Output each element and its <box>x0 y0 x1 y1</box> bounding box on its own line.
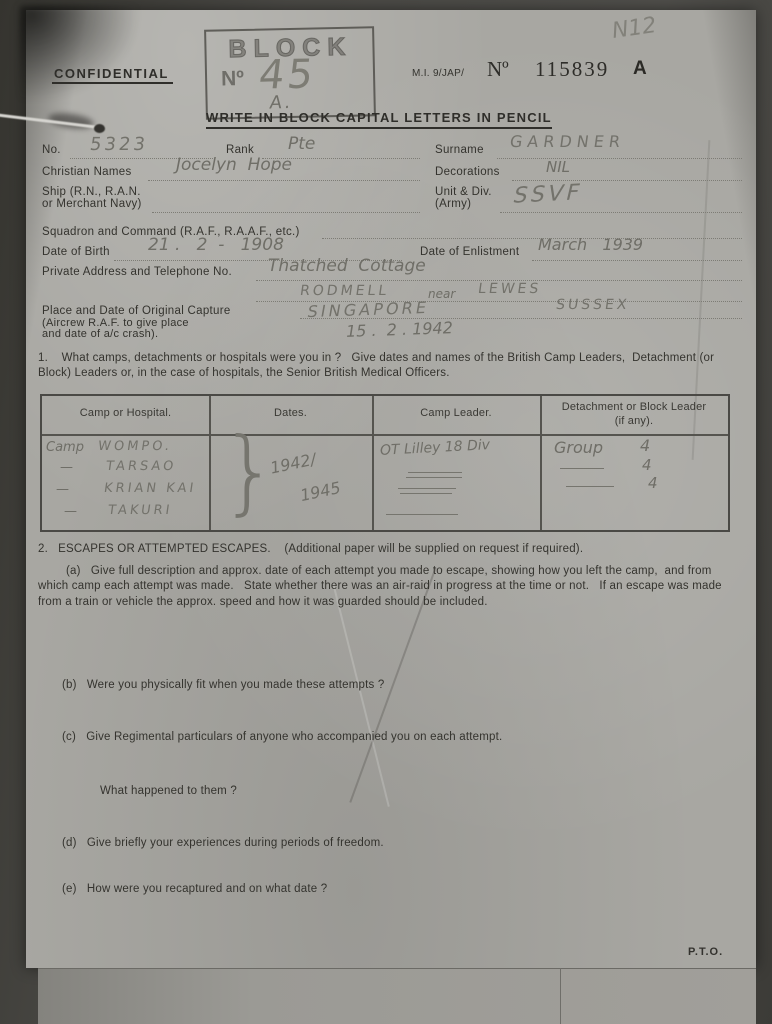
camp-row-name: KRIAN KAI <box>103 481 197 496</box>
camp-row-name: WOMPO. <box>97 439 173 454</box>
field-label-ship-1: Ship (R.N., R.A.N. <box>42 186 141 198</box>
block-number-stamp: BLOCK Nº 45 A. <box>204 26 376 120</box>
field-label-ship-2: or Merchant Navy) <box>42 198 142 210</box>
field-value-decorations: NIL <box>546 158 570 176</box>
field-label-address: Private Address and Telephone No. <box>42 266 232 278</box>
camp-row-prefix: — <box>60 460 73 475</box>
field-value-capture-date: 15 . 2 . 1942 <box>346 318 453 341</box>
stamp-no-label: Nº <box>221 67 244 91</box>
field-value-no: 5323 <box>89 134 150 155</box>
question-2d-text: (d) Give briefly your experiences during… <box>62 836 702 851</box>
question-2e-text: (e) How were you recaptured and on what … <box>62 882 702 897</box>
field-label-capture-3: and date of a/c crash). <box>42 328 158 340</box>
ditto-mark <box>408 472 462 473</box>
field-value-dob: 21 . 2 - 1908 <box>148 235 284 255</box>
field-value-surname: GARDNER <box>509 132 627 151</box>
camp-row-name: TARSAO <box>105 459 177 474</box>
camp-row-prefix: — <box>64 504 77 519</box>
table-header-detachment: Detachment or Block Leader (if any). <box>540 401 728 429</box>
serial-number-label: Nº <box>487 57 509 82</box>
field-line-decorations <box>512 180 742 181</box>
field-line-enlistment <box>532 260 742 261</box>
field-label-dob: Date of Birth <box>42 246 110 258</box>
detachment-value: 4 <box>642 456 652 474</box>
field-value-address-3: SUSSEX <box>555 297 631 313</box>
field-line-ship <box>152 212 420 213</box>
ditto-mark <box>386 514 458 515</box>
field-line-christian-names <box>148 180 420 181</box>
field-value-enlistment: March 1939 <box>538 235 643 254</box>
underlying-page-corner-line <box>560 968 561 1024</box>
ditto-mark <box>400 493 452 494</box>
serial-number: 115839 <box>535 57 609 82</box>
pto-marking: P.T.O. <box>688 946 723 958</box>
camp-row-name: TAKURI <box>107 503 173 518</box>
camp-leader-value: OT Lilley 18 Div <box>380 437 491 459</box>
question-2c-followup-text: What happened to them ? <box>100 784 500 799</box>
underlying-page-edge <box>38 968 756 1024</box>
table-header-camp: Camp or Hospital. <box>42 407 209 421</box>
form-instruction: WRITE IN BLOCK CAPITAL LETTERS IN PENCIL <box>206 110 552 129</box>
ditto-mark <box>398 488 456 489</box>
field-label-surname: Surname <box>435 144 484 156</box>
field-value-christian-names: Jocelyn Hope <box>176 155 292 175</box>
dates-value-bottom: 1945 <box>298 478 342 505</box>
field-value-address-1: Thatched Cottage <box>268 256 426 276</box>
punch-hole <box>94 124 105 133</box>
question-1-text: 1. What camps, detachments or hospitals … <box>38 351 736 382</box>
detachment-value: 4 <box>648 474 658 492</box>
detachment-value: 4 <box>640 436 650 455</box>
table-header-leader: Camp Leader. <box>372 407 540 421</box>
mi-reference: M.I. 9/JAP/ <box>412 68 464 79</box>
ditto-mark <box>406 477 462 478</box>
ditto-mark <box>560 468 604 469</box>
table-header-divider <box>42 434 728 436</box>
field-label-christian-names: Christian Names <box>42 166 132 178</box>
field-value-unit: SSVF <box>511 180 585 209</box>
detachment-word: Group <box>554 438 603 457</box>
question-2a-text: (a) Give full description and approx. da… <box>38 564 740 610</box>
question-2b-text: (b) Were you physically fit when you mad… <box>62 678 702 693</box>
field-label-enlistment: Date of Enlistment <box>420 246 519 258</box>
ditto-mark <box>566 486 614 487</box>
field-label-unit-2: (Army) <box>435 198 471 210</box>
field-value-address-2b: near <box>428 287 455 301</box>
confidential-marking: CONFIDENTIAL <box>52 66 173 84</box>
field-line-squadron <box>322 238 742 239</box>
serial-suffix: A <box>633 58 647 80</box>
field-value-address-2c: LEWES <box>477 281 542 297</box>
field-label-no: No. <box>42 144 61 156</box>
camp-table: Camp or Hospital. Dates. Camp Leader. De… <box>40 394 730 532</box>
field-label-capture-1: Place and Date of Original Capture <box>42 305 231 317</box>
torn-corner-shadow <box>20 6 140 102</box>
dates-brace: } <box>220 426 279 518</box>
field-value-rank: Pte <box>288 134 315 154</box>
question-2-title: 2. ESCAPES OR ATTEMPTED ESCAPES. (Additi… <box>38 542 738 557</box>
field-line-unit <box>500 212 742 213</box>
question-2c-text: (c) Give Regimental particulars of anyon… <box>62 730 702 745</box>
field-label-decorations: Decorations <box>435 166 500 178</box>
field-value-address-2a: RODMELL <box>299 283 390 299</box>
camp-row-prefix: Camp <box>46 440 84 455</box>
field-line-surname <box>497 158 742 159</box>
camp-row-prefix: — <box>56 482 69 497</box>
field-label-unit-1: Unit & Div. <box>435 186 492 198</box>
